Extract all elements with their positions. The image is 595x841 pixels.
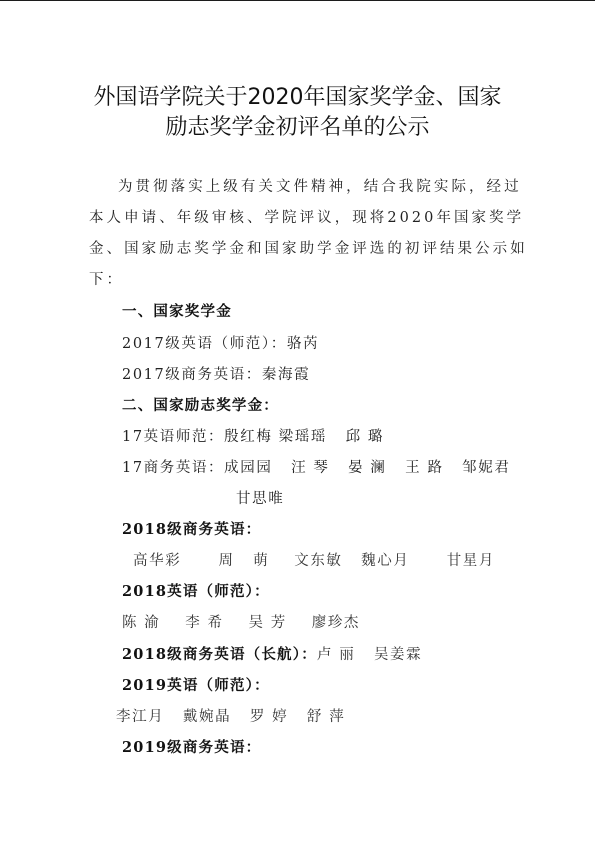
section-heading-encouragement-scholarship: 二、国家励志奖学金： <box>122 397 279 415</box>
intro-line-4: 下： <box>89 271 124 289</box>
group-inline-row: 2018级商务英语（长航）：卢 丽 吴姜霖 <box>122 646 422 664</box>
intro-line-2: 本人申请、年级审核、学院评议，现将2020年国家奖学 <box>89 209 524 227</box>
page-top-border <box>0 0 595 1</box>
group-names: 陈 渝 李 希 吴 芳 廖珍杰 <box>122 614 360 632</box>
section-heading-national-scholarship: 一、国家奖学金 <box>122 303 232 321</box>
group-names: 李江月 戴婉晶 罗 婷 舒 萍 <box>116 708 345 726</box>
intro-line-1: 为贯彻落实上级有关文件精神，结合我院实际，经过 <box>118 178 522 196</box>
award-entry: 2017级商务英语：秦海霞 <box>122 366 310 384</box>
award-entry: 17商务英语：成园园 汪 琴 晏 澜 王 路 邹妮君 <box>122 459 511 477</box>
group-names: 高华彩 周 萌 文东敏 魏心月 甘星月 <box>133 552 495 570</box>
group-label: 2018英语（师范）： <box>122 583 270 601</box>
document-title-line-1: 外国语学院关于2020年国家奖学金、国家 <box>0 85 595 111</box>
award-entry: 17英语师范：殷红梅 梁瑶瑶 邱 璐 <box>122 428 384 446</box>
group-label: 2018级商务英语： <box>122 521 261 539</box>
group-label: 2019级商务英语： <box>122 739 261 757</box>
intro-line-3: 金、国家励志奖学金和国家助学金评选的初评结果公示如 <box>89 240 528 258</box>
group-names: 卢 丽 吴姜霖 <box>317 647 422 663</box>
group-label: 2018级商务英语（长航）： <box>122 646 317 663</box>
document-title-line-2: 励志奖学金初评名单的公示 <box>0 115 595 141</box>
group-label: 2019英语（师范）： <box>122 677 270 695</box>
award-entry-continuation: 甘思唯 <box>236 490 284 508</box>
award-entry: 2017级英语（师范）：骆芮 <box>122 335 319 353</box>
